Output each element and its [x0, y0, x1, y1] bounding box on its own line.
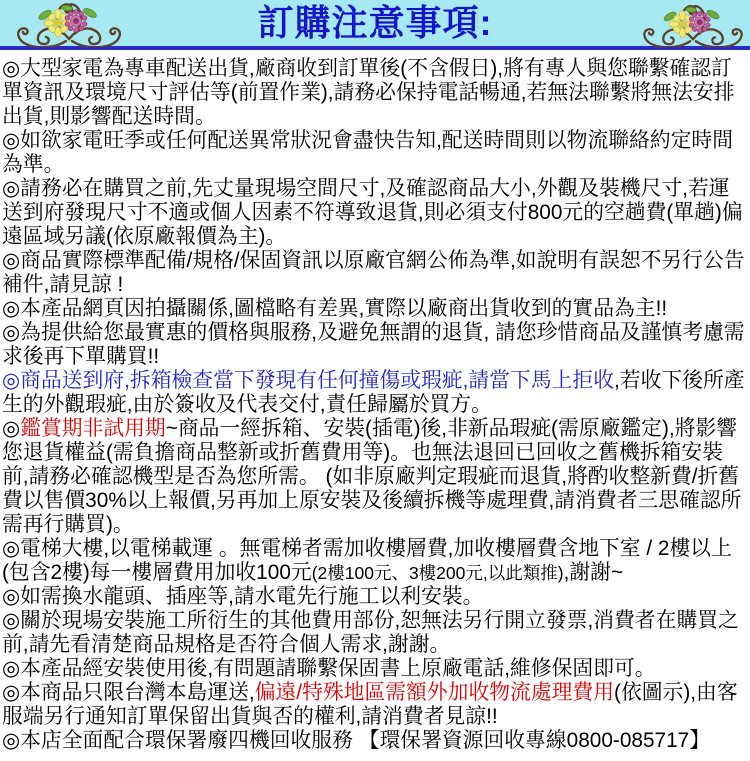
- text-segment: ◎本產品網頁因拍攝關係,圖檔略有差異,實際以廠商出貨收到的實品為主!!: [2, 297, 667, 320]
- text-segment: ◎本商品只限台灣本島運送,: [2, 681, 255, 704]
- text-segment: ◎商品實際標準配備/規格/保固資訊以原廠官網公佈為準,如說明有誤恕不另行公告補件…: [2, 249, 745, 296]
- notice-bullet: ◎商品送到府,拆箱檢查當下發現有任何撞傷或瑕疵,請當下馬上拒收,若收下後所產生的…: [2, 369, 749, 417]
- notice-bullet: ◎關於現場安裝施工所衍生的其他費用部份,恕無法另行開立發票,消費者在購買之前,請…: [2, 609, 749, 657]
- floral-vine-ornament-right-icon: [638, 3, 748, 47]
- text-segment: ◎本店全面配合環保署廢四機回收服務 【環保署資源回收專線0800-085717】: [2, 729, 710, 752]
- yellow-flower: [669, 11, 696, 38]
- text-segment: ◎本產品經安裝使用後,有問題請聯繫保固書上原廠電話,維修保固即可。: [2, 657, 656, 680]
- notice-bullet: ◎鑑賞期非試用期~商品一經拆箱、安裝(插電)後,非新品瑕疵(需原廠鑑定),將影響…: [2, 417, 749, 537]
- notice-bullet: ◎請務必在購買之前,先丈量現場空間尺寸,及確認商品大小,外觀及裝機尺寸,若運送到…: [2, 177, 749, 249]
- notice-bullet: ◎本商品只限台灣本島運送,偏遠/特殊地區需額外加收物流處理費用(依圖示),由客服…: [2, 681, 749, 729]
- header: 訂購注意事項:: [0, 0, 750, 50]
- pink-flower: [65, 10, 87, 33]
- notice-bullet: ◎大型家電為專車配送出貨,廠商收到訂單後(不含假日),將有專人與您聯繫確認訂單資…: [2, 57, 749, 129]
- text-segment: ◎大型家電為專車配送出貨,廠商收到訂單後(不含假日),將有專人與您聯繫確認訂單資…: [2, 57, 735, 128]
- notice-body: ◎大型家電為專車配送出貨,廠商收到訂單後(不含假日),將有專人與您聯繫確認訂單資…: [0, 50, 750, 753]
- text-segment: ◎如需換水龍頭、插座等,請水電先行施工以利安裝。: [2, 585, 483, 608]
- text-segment: ,謝謝~: [564, 561, 624, 584]
- floral-vine-ornament-left-icon: [0, 1, 154, 47]
- text-segment: 鑑賞期非試用期: [20, 417, 166, 440]
- notice-bullet: ◎本店全面配合環保署廢四機回收服務 【環保署資源回收專線0800-085717】: [2, 729, 749, 753]
- text-segment: ◎: [2, 417, 20, 440]
- notice-bullet: ◎本產品網頁因拍攝關係,圖檔略有差異,實際以廠商出貨收到的實品為主!!: [2, 297, 749, 321]
- notice-page: 訂購注意事項:: [0, 0, 750, 761]
- notice-bullet: ◎商品實際標準配備/規格/保固資訊以原廠官網公佈為準,如說明有誤恕不另行公告補件…: [2, 249, 749, 297]
- text-segment: ◎商品送到府,拆箱檢查當下發現有任何撞傷或瑕疵,請當下馬上拒收: [2, 369, 614, 392]
- notice-bullet: ◎如需換水龍頭、插座等,請水電先行施工以利安裝。: [2, 585, 749, 609]
- text-segment: ◎如欲家電旺季或任何配送異常狀況會盡快告知,配送時間則以物流聯絡約定時間為準。: [2, 129, 733, 176]
- notice-bullet: ◎如欲家電旺季或任何配送異常狀況會盡快告知,配送時間則以物流聯絡約定時間為準。: [2, 129, 749, 177]
- notice-bullet: ◎本產品經安裝使用後,有問題請聯繫保固書上原廠電話,維修保固即可。: [2, 657, 749, 681]
- text-segment: 偏遠/特殊地區需額外加收物流處理費用: [255, 681, 614, 704]
- pink-flower: [689, 11, 710, 33]
- text-segment: ◎關於現場安裝施工所衍生的其他費用部份,恕無法另行開立發票,消費者在購買之前,請…: [2, 609, 739, 656]
- page-title: 訂購注意事項:: [258, 0, 493, 46]
- text-segment: ◎為提供給您最實惠的價格與服務,及避免無謂的退貨, 請您珍惜商品及謹慎考慮需求後…: [2, 321, 745, 368]
- notice-bullet: ◎電梯大樓,以電梯載運 。無電梯者需加收樓層費,加收樓層費含地下室 / 2樓以上…: [2, 537, 749, 585]
- yellow-flower: [44, 9, 72, 37]
- text-segment: ◎請務必在購買之前,先丈量現場空間尺寸,及確認商品大小,外觀及裝機尺寸,若運送到…: [2, 177, 743, 248]
- text-segment: (2樓100元、3樓200元,以此類推): [312, 563, 564, 583]
- notice-bullet: ◎為提供給您最實惠的價格與服務,及避免無謂的退貨, 請您珍惜商品及謹慎考慮需求後…: [2, 321, 749, 369]
